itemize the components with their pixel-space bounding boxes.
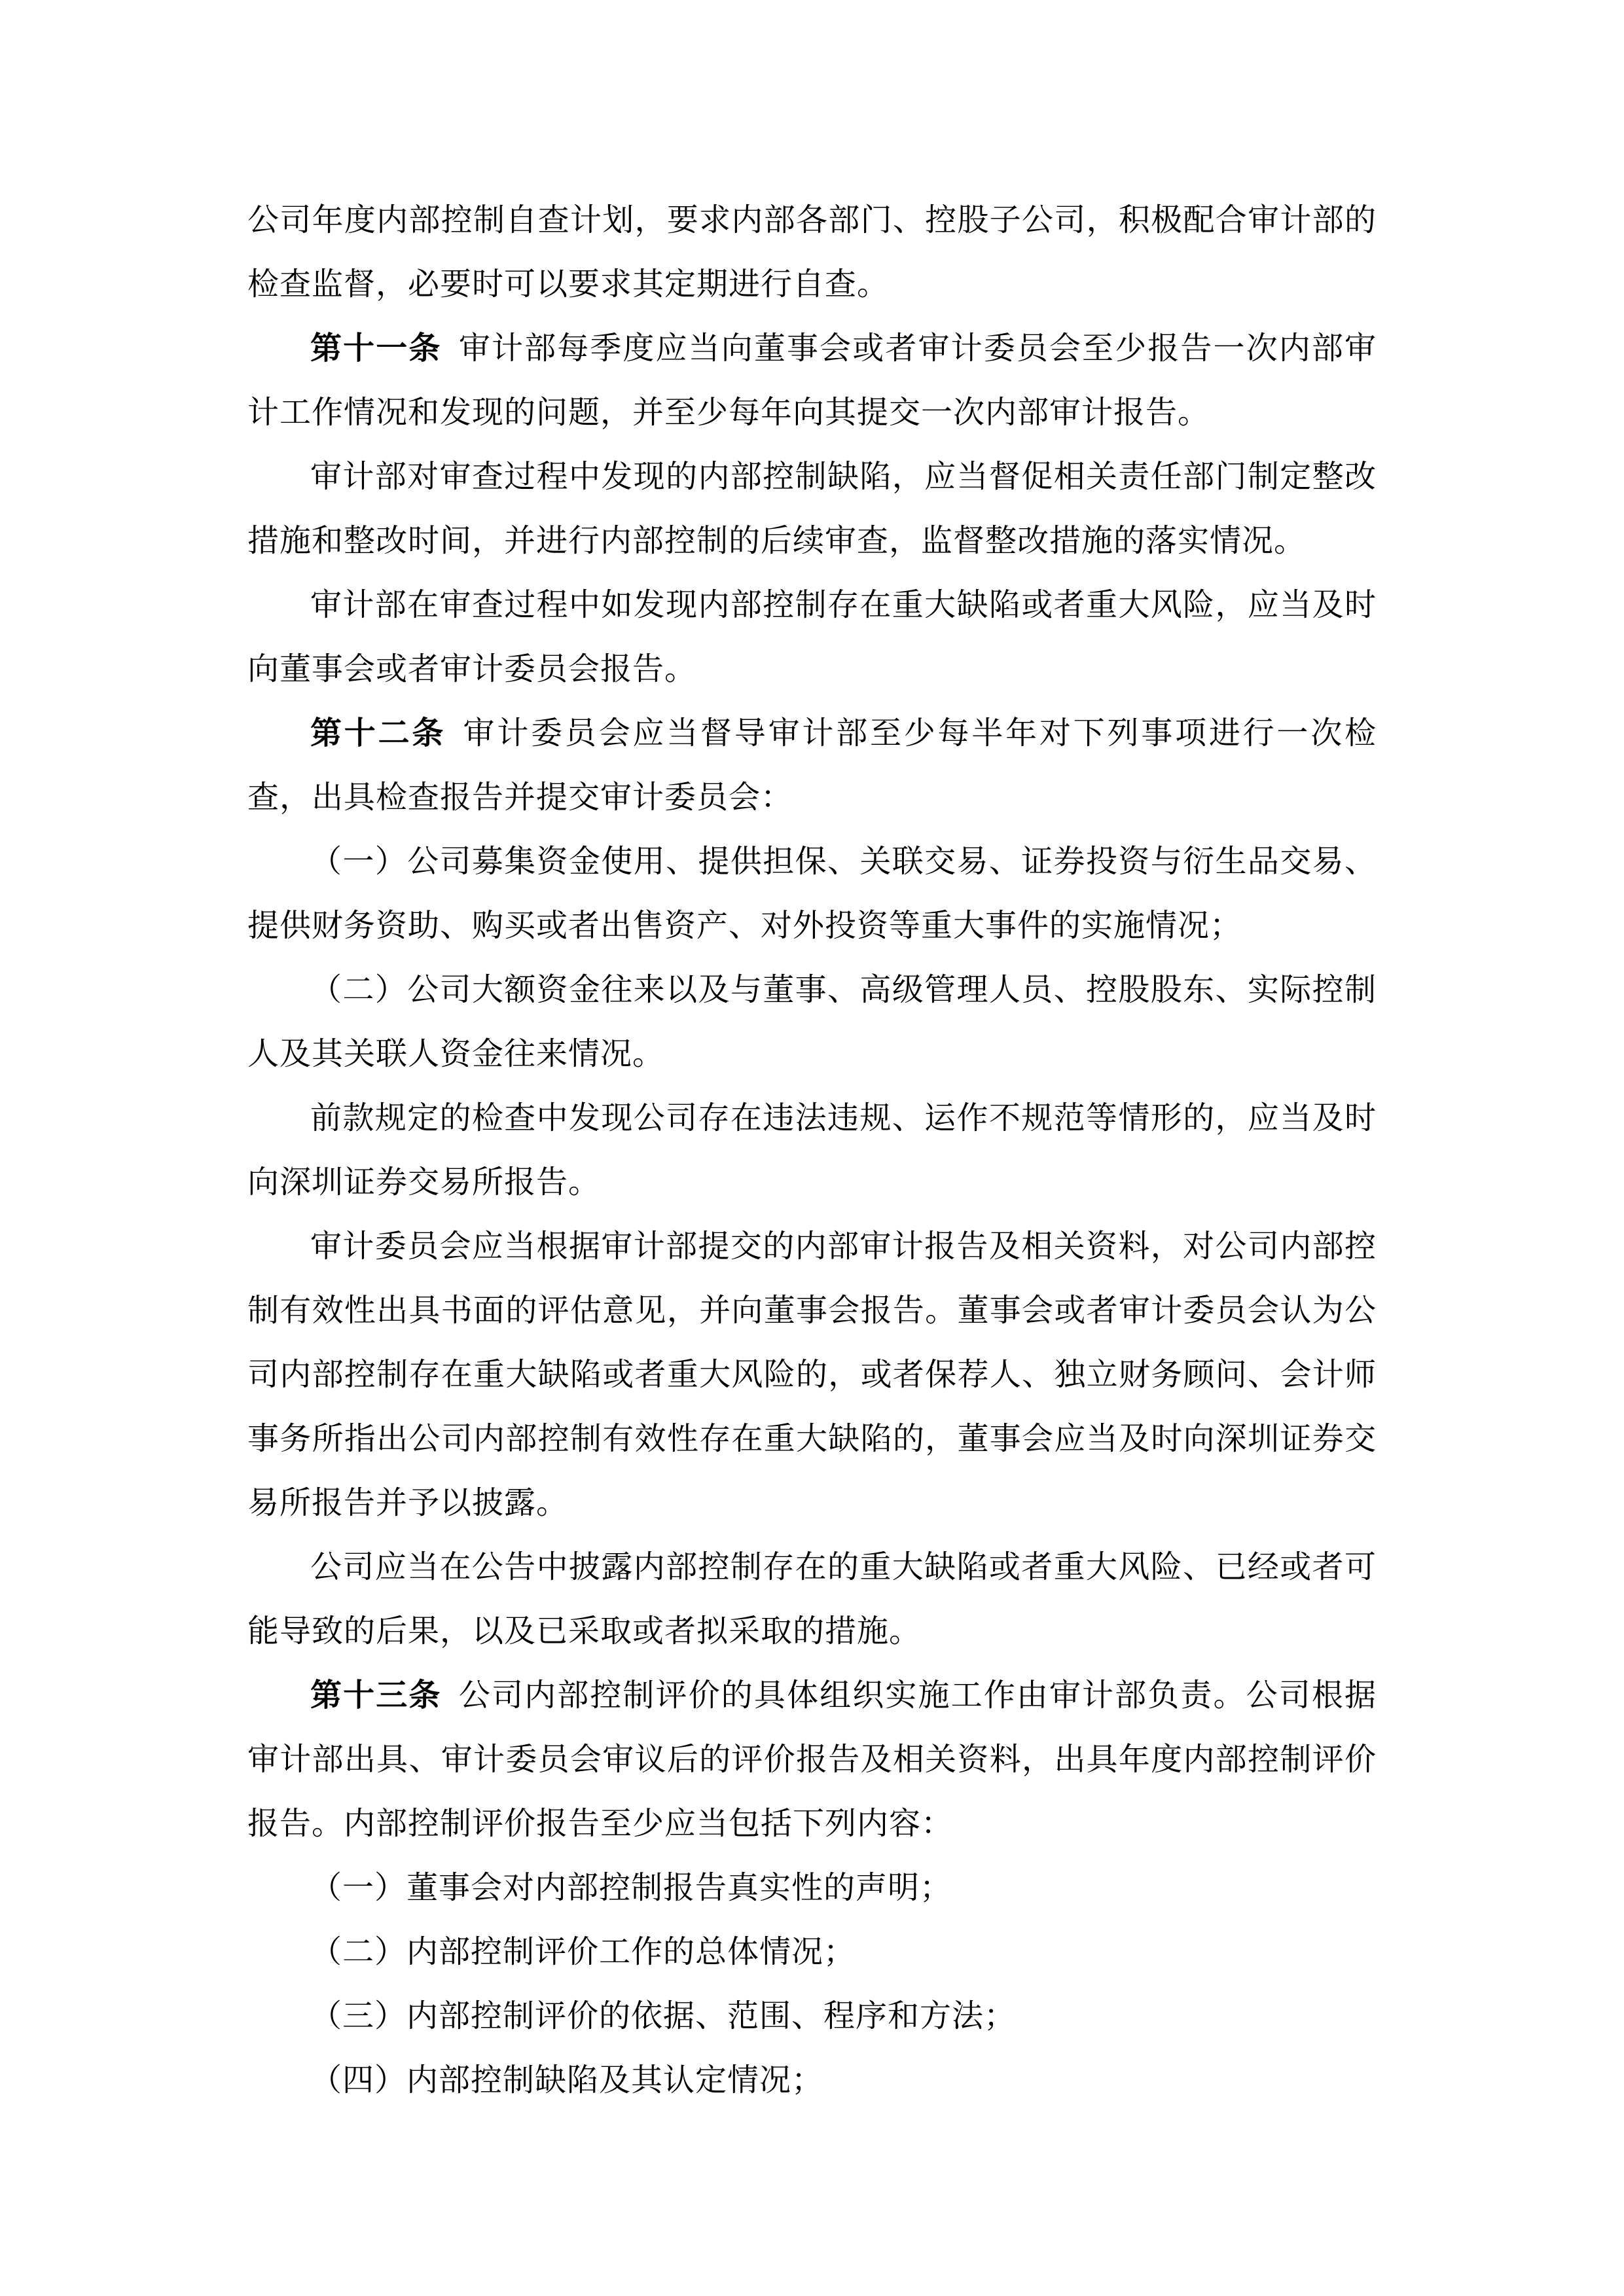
paragraph-text: （三）内部控制评价的依据、范围、程序和方法；: [310, 1999, 1016, 2034]
paragraph: 公司年度内部控制自查计划，要求内部各部门、控股子公司，积极配合审计部的检查监督，…: [247, 188, 1377, 317]
paragraph-article-11: 第十一条审计部每季度应当向董事会或者审计委员会至少报告一次内部审计工作情况和发现…: [247, 317, 1377, 445]
paragraph-text: （二）内部控制评价工作的总体情况；: [310, 1935, 856, 1969]
list-item-2: （二）公司大额资金往来以及与董事、高级管理人员、控股股东、实际控制人及其关联人资…: [247, 958, 1377, 1086]
report-item-2: （二）内部控制评价工作的总体情况；: [247, 1920, 1377, 1984]
article-12-number: 第十二条: [310, 716, 446, 751]
list-item-1: （一）公司募集资金使用、提供担保、关联交易、证券投资与衍生品交易、提供财务资助、…: [247, 830, 1377, 958]
report-item-1: （一）董事会对内部控制报告真实性的声明；: [247, 1856, 1377, 1920]
paragraph-article-13: 第十三条公司内部控制评价的具体组织实施工作由审计部负责。公司根据审计部出具、审计…: [247, 1664, 1377, 1856]
text-body: 公司年度内部控制自查计划，要求内部各部门、控股子公司，积极配合审计部的检查监督，…: [247, 188, 1377, 2113]
paragraph-text: （一）董事会对内部控制报告真实性的声明；: [310, 1871, 952, 1905]
paragraph-text: 公司年度内部控制自查计划，要求内部各部门、控股子公司，积极配合审计部的检查监督，…: [247, 203, 1377, 302]
paragraph: 前款规定的检查中发现公司存在违法违规、运作不规范等情形的，应当及时向深圳证券交易…: [247, 1086, 1377, 1215]
paragraph-text: （四）内部控制缺陷及其认定情况；: [310, 2063, 823, 2098]
report-item-3: （三）内部控制评价的依据、范围、程序和方法；: [247, 1984, 1377, 2049]
article-13-number: 第十三条: [310, 1678, 441, 1713]
paragraph-text: 审计委员会应当根据审计部提交的内部审计报告及相关资料，对公司内部控制有效性出具书…: [247, 1229, 1377, 1520]
paragraph: 审计委员会应当根据审计部提交的内部审计报告及相关资料，对公司内部控制有效性出具书…: [247, 1215, 1377, 1535]
article-11-number: 第十一条: [310, 331, 441, 366]
paragraph-text: 审计部对审查过程中发现的内部控制缺陷，应当督促相关责任部门制定整改措施和整改时间…: [247, 459, 1377, 558]
paragraph-text: （一）公司募集资金使用、提供担保、关联交易、证券投资与衍生品交易、提供财务资助、…: [247, 844, 1377, 943]
paragraph-text: 审计部在审查过程中如发现内部控制存在重大缺陷或者重大风险，应当及时向董事会或者审…: [247, 588, 1377, 687]
paragraph-text: 前款规定的检查中发现公司存在违法违规、运作不规范等情形的，应当及时向深圳证券交易…: [247, 1101, 1377, 1200]
paragraph-article-12: 第十二条审计委员会应当督导审计部至少每半年对下列事项进行一次检查，出具检查报告并…: [247, 702, 1377, 830]
report-item-4: （四）内部控制缺陷及其认定情况；: [247, 2049, 1377, 2113]
paragraph: 审计部在审查过程中如发现内部控制存在重大缺陷或者重大风险，应当及时向董事会或者审…: [247, 573, 1377, 702]
document-page: 公司年度内部控制自查计划，要求内部各部门、控股子公司，积极配合审计部的检查监督，…: [0, 0, 1624, 2296]
paragraph-text: 公司应当在公告中披露内部控制存在的重大缺陷或者重大风险、已经或者可能导致的后果，…: [247, 1550, 1377, 1649]
paragraph: 审计部对审查过程中发现的内部控制缺陷，应当督促相关责任部门制定整改措施和整改时间…: [247, 445, 1377, 573]
paragraph-text: （二）公司大额资金往来以及与董事、高级管理人员、控股股东、实际控制人及其关联人资…: [247, 973, 1377, 1071]
paragraph: 公司应当在公告中披露内部控制存在的重大缺陷或者重大风险、已经或者可能导致的后果，…: [247, 1535, 1377, 1664]
